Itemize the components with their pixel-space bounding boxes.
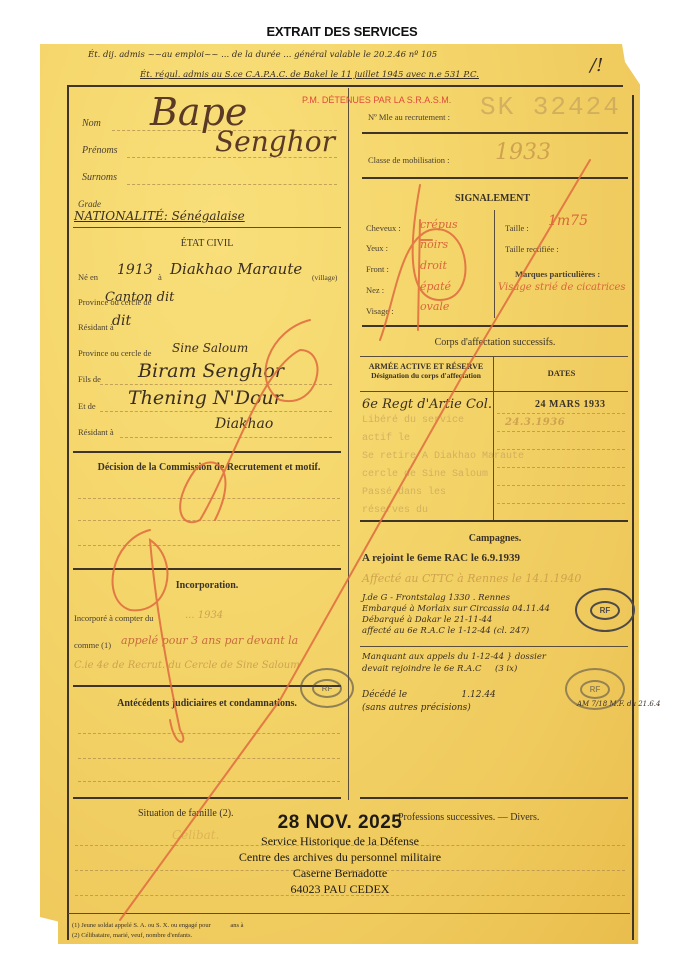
red-signalement-mark [418,220,432,330]
red-loop-top [380,185,465,340]
red-loop-lower [113,530,184,742]
red-loop-middle [180,320,317,522]
red-pencil-cancellation-marks [0,0,684,967]
diagonal-strike-line [120,160,590,920]
